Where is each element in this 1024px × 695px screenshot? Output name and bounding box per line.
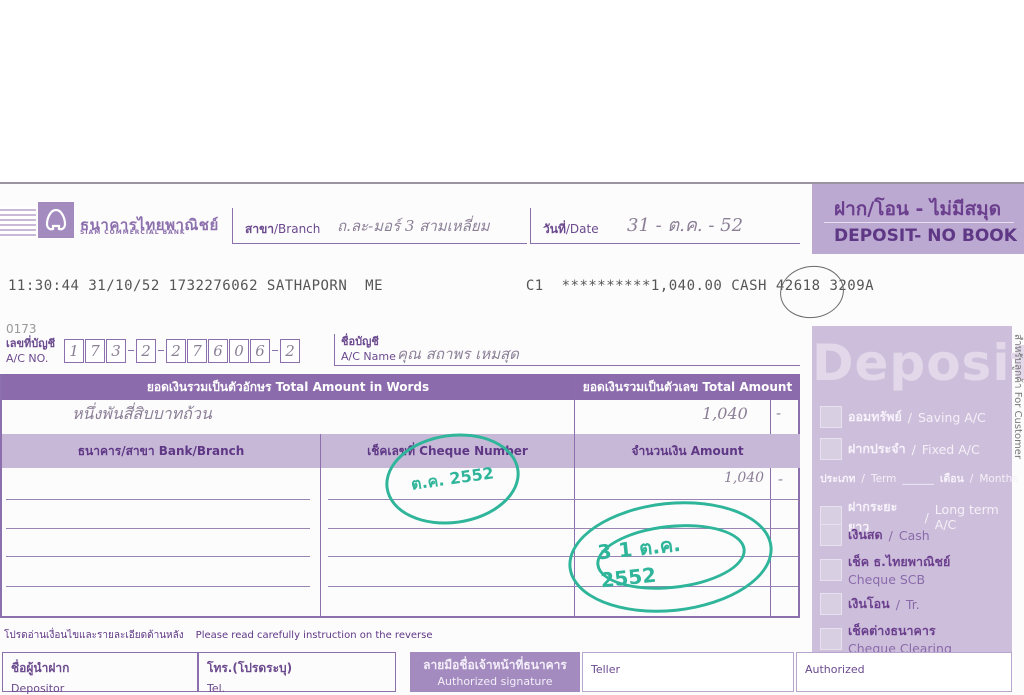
checkbox[interactable] <box>820 559 842 581</box>
digit-separator <box>272 350 278 351</box>
date-field[interactable]: วันที่/Date 31 - ต.ค. - 52 <box>530 208 800 244</box>
instruction-notice: โปรดอ่านเงื่อนไขและรายละเอียดด้านหลังPle… <box>4 628 433 643</box>
logo-stripes <box>0 206 36 238</box>
account-digit-box[interactable]: 6 <box>250 339 270 363</box>
branch-value: ถ.ละ-มอร์ 3 สามเหลี่ยม <box>337 214 490 238</box>
teller-signature-field[interactable]: Teller <box>582 652 794 692</box>
account-digit-box[interactable]: 0 <box>229 339 249 363</box>
for-customer-vertical-text: สำหรับลูกค้า For Customer <box>1010 334 1024 459</box>
bank-name-en: SIAM COMMERCIAL BANK <box>80 229 186 236</box>
total-amount-satang[interactable]: - <box>776 404 781 422</box>
checkbox[interactable] <box>820 524 842 546</box>
digit-separator <box>128 350 134 351</box>
form-title-th: ฝาก/โอน - ไม่มีสมุด <box>834 194 1001 224</box>
option-saving[interactable]: ออมทรัพย์/Saving A/C <box>820 406 1024 428</box>
checkbox[interactable] <box>820 406 842 428</box>
total-words-value[interactable]: หนึ่งพันสี่สิบบาทถ้วน <box>72 402 212 427</box>
deposit-slip: ธนาคารไทยพาณิชย์ SIAM COMMERCIAL BANK สา… <box>0 182 1024 695</box>
total-amount-value[interactable]: 1,040 <box>702 404 748 423</box>
row-line <box>6 528 310 529</box>
payment-type-list: เงินสด/Cash เช็ค ธ.ไทยพาณิชย์Cheque SCB … <box>820 524 952 656</box>
account-digit-box[interactable]: 7 <box>85 339 105 363</box>
date-label: วันที่/Date <box>543 220 599 239</box>
account-digit-box[interactable]: 7 <box>187 339 207 363</box>
account-name-label: ชื่อบัญชีA/C Name <box>341 332 396 363</box>
option-cheque-clearing[interactable]: เช็คต่างธนาคารCheque Clearing <box>820 621 952 656</box>
cash-circle-mark <box>777 262 848 322</box>
option-cheque-scb[interactable]: เช็ค ธ.ไทยพาณิชย์Cheque SCB <box>820 552 952 587</box>
account-number-label: เลขที่บัญชีA/C NO. <box>6 334 55 365</box>
checkbox[interactable] <box>820 438 842 460</box>
stamp-inner-oval: 3 1 ต.ค. 2552 <box>593 517 749 596</box>
option-transfer[interactable]: เงินโอน/Tr. <box>820 593 952 615</box>
bank-branch-header: ธนาคาร/สาขา Bank/Branch <box>2 434 320 468</box>
depositor-field[interactable]: ชื่อผู้นำฝากDepositor <box>2 652 198 692</box>
divider <box>770 400 771 434</box>
row-line <box>6 556 310 557</box>
account-digit-box[interactable]: 1 <box>64 339 84 363</box>
cheque-amount-satang[interactable]: - <box>778 470 783 488</box>
account-digit-box[interactable]: 3 <box>106 339 126 363</box>
branch-label: สาขา/Branch <box>245 220 320 239</box>
tel-field[interactable]: โทร.(โปรดระบุ)Tel. <box>198 652 396 692</box>
divider <box>320 434 321 618</box>
date-value: 31 - ต.ค. - 52 <box>627 210 743 239</box>
account-type-list: ออมทรัพย์/Saving A/C ฝากประจำ/Fixed A/C … <box>820 406 1024 537</box>
account-digit-box[interactable]: 2 <box>280 339 300 363</box>
option-cash[interactable]: เงินสด/Cash <box>820 524 952 546</box>
account-digit-box[interactable]: 2 <box>166 339 186 363</box>
authorized-signature-label: ลายมือชื่อเจ้าหน้าที่ธนาคารAuthorized si… <box>410 652 580 692</box>
checkbox[interactable] <box>820 628 842 650</box>
teller-print-line: 11:30:44 31/10/52 1732276062 SATHAPORN M… <box>8 278 874 294</box>
branch-field[interactable]: สาขา/Branch ถ.ละ-มอร์ 3 สามเหลี่ยม <box>232 208 527 244</box>
account-name-value: คุณ สถาพร เหมสุด <box>397 342 519 366</box>
divider <box>824 222 1014 223</box>
option-fixed[interactable]: ฝากประจำ/Fixed A/C <box>820 438 1024 460</box>
total-words-header: ยอดเงินรวมเป็นตัวอักษร Total Amount in W… <box>2 374 574 400</box>
scb-logo-icon <box>38 202 74 238</box>
account-digit-box[interactable]: 6 <box>208 339 228 363</box>
deposit-watermark: Deposit <box>812 334 1024 392</box>
row-line <box>6 586 310 587</box>
digit-separator <box>158 350 164 351</box>
cheque-amount-value[interactable]: 1,040 <box>724 470 764 486</box>
checkbox[interactable] <box>820 593 842 615</box>
row-line <box>6 499 310 500</box>
amount-header: จำนวนเงิน Amount <box>575 434 800 468</box>
term-field[interactable]: ประเภท/Term______เดือน/Months <box>820 470 1024 487</box>
form-title-en: DEPOSIT- NO BOOK <box>834 226 1017 246</box>
total-amount-header: ยอดเงินรวมเป็นตัวเลข Total Amount <box>575 374 800 400</box>
account-digit-box[interactable]: 2 <box>136 339 156 363</box>
account-name-field[interactable]: ชื่อบัญชีA/C Name คุณ สถาพร เหมสุด <box>334 334 800 366</box>
form-title-box: ฝาก/โอน - ไม่มีสมุด DEPOSIT- NO BOOK <box>812 184 1024 254</box>
authorized-signature-field[interactable]: Authorized <box>796 652 1012 692</box>
